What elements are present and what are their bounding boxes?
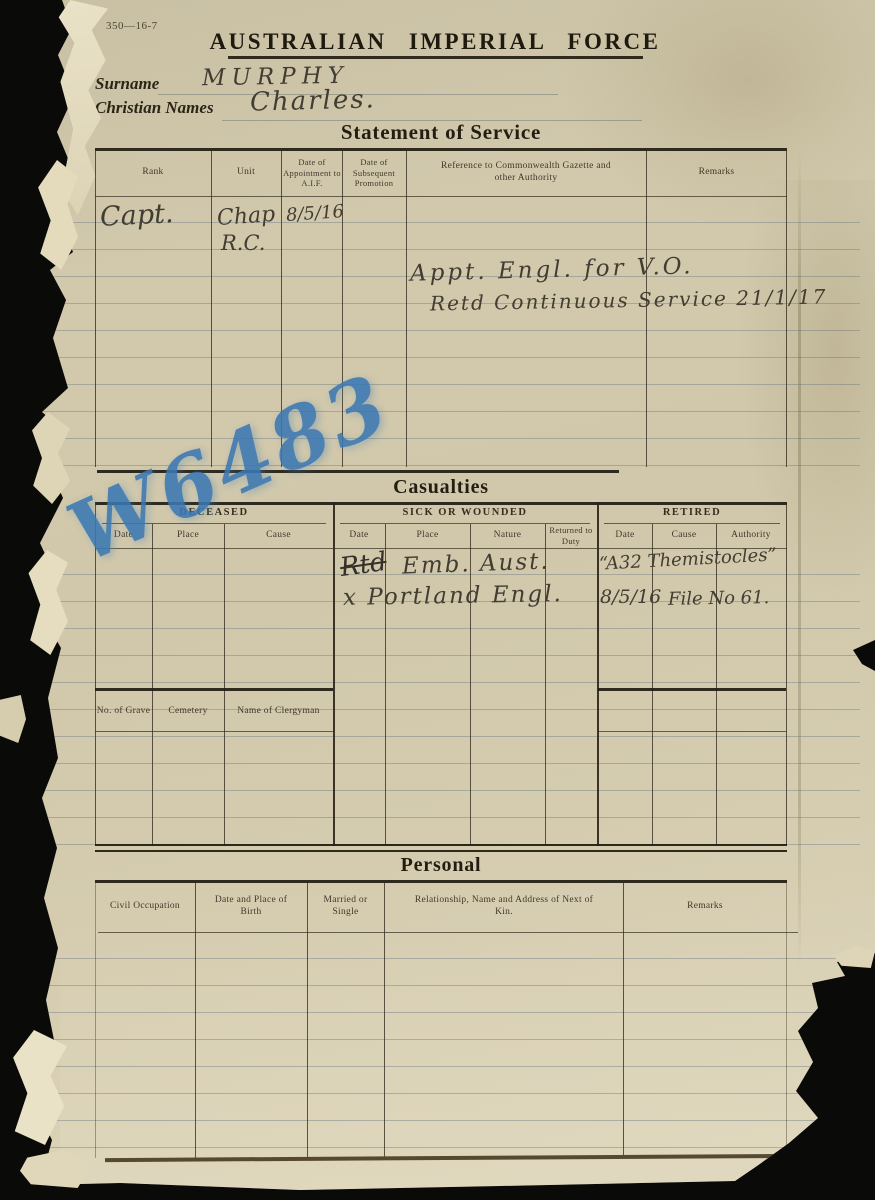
sick-col-place: Place: [386, 524, 469, 548]
casualties-col-line: [786, 502, 787, 846]
personal-col-line: [623, 880, 624, 1158]
statement-col-header-unit: Unit: [212, 150, 280, 196]
scanned-document-canvas: 350—16-7 AUSTRALIAN IMPERIAL FORCE Surna…: [0, 0, 875, 1200]
retired-col-date: Date: [599, 524, 651, 548]
entry-row1-place: Emb. Aust.: [402, 548, 551, 579]
page-title: AUSTRALIAN IMPERIAL FORCE: [200, 29, 670, 55]
retired-col-cause: Cause: [653, 524, 715, 548]
statement-header-bottom-border: [95, 196, 787, 197]
statement-col-line: [406, 148, 407, 467]
grave-col-number: No. of Grave: [96, 692, 151, 732]
paper-crease: [798, 150, 801, 970]
document-paper: 350—16-7 AUSTRALIAN IMPERIAL FORCE Surna…: [0, 0, 875, 1200]
entry-rank: Capt.: [99, 198, 174, 233]
retired-subsection-border: [598, 688, 786, 691]
casualties-bottom-border-1: [95, 844, 787, 846]
title-underline: [228, 56, 643, 59]
sick-col-nature: Nature: [471, 524, 544, 548]
personal-table-bottom-border: [105, 1154, 793, 1162]
personal-col-married: Married or Single: [312, 884, 379, 930]
statement-col-header-rank: Rank: [96, 150, 210, 196]
statement-col-header-date-promotion: Date of Subsequent Promotion: [344, 150, 404, 196]
personal-col-line: [307, 880, 308, 1158]
statement-col-header-date-appointment: Date of Appointment to A.I.F.: [283, 150, 341, 196]
casualties-bottom-border-2: [95, 850, 787, 852]
entry-unit-line2: R.C.: [221, 231, 265, 255]
entry-date-appointment: 8/5/16: [285, 201, 344, 226]
torn-flap: [0, 695, 26, 743]
personal-col-next-of-kin: Relationship, Name and Address of Next o…: [414, 884, 594, 930]
statement-col-header-remarks: Remarks: [648, 150, 785, 196]
ruled-lines-statement: [30, 196, 860, 468]
grave-subheader-bottom-border: [95, 731, 333, 732]
form-number: 350—16-7: [106, 20, 158, 32]
casualties-col-line: [652, 524, 653, 846]
sick-col-date: Date: [334, 524, 384, 548]
personal-col-remarks: Remarks: [625, 884, 785, 930]
personal-col-occupation: Civil Occupation: [96, 884, 194, 930]
entry-row2-place: x Portland Engl.: [343, 581, 563, 611]
retired-subsection-bottom-border: [598, 731, 786, 732]
casualties-group-retired: RETIRED: [598, 507, 786, 518]
ruled-lines-personal: [30, 932, 860, 1158]
personal-col-line: [384, 880, 385, 1158]
statement-col-header-gazette: Reference to Commonwealth Gazette and ot…: [430, 150, 622, 196]
personal-section-title: Personal: [95, 854, 787, 877]
grave-subheader-top-border: [95, 688, 333, 691]
surname-label: Surname: [95, 74, 159, 94]
entry-note-line1: Appt. Engl. for V.O.: [410, 253, 694, 286]
casualties-col-line: [716, 524, 717, 846]
casualties-col-line: [152, 524, 153, 846]
deceased-col-cause: Cause: [225, 524, 332, 548]
entry-unit-line1: Chap: [216, 202, 276, 231]
statement-section-title: Statement of Service: [95, 120, 787, 145]
personal-header-bottom-border: [98, 932, 798, 933]
personal-table-top-border: [95, 880, 787, 883]
casualties-group-divider: [333, 502, 335, 846]
entry-row2-authority: File No 61.: [668, 587, 770, 610]
sick-col-returned: Returned to Duty: [546, 523, 596, 549]
entry-row2-date: 8/5/16: [600, 586, 661, 608]
grave-col-cemetery: Cemetery: [153, 692, 223, 732]
personal-col-birth: Date and Place of Birth: [206, 884, 296, 930]
christian-names-value: Charles.: [250, 84, 377, 117]
christian-names-label: Christian Names: [95, 98, 214, 118]
grave-col-clergyman: Name of Clergyman: [225, 692, 332, 732]
casualties-group-sick: SICK OR WOUNDED: [333, 507, 597, 518]
personal-col-line: [195, 880, 196, 1158]
entry-note-line2: Retd Continuous Service 21/1/17: [430, 285, 828, 316]
personal-col-line: [786, 880, 787, 1158]
casualties-col-line: [224, 524, 225, 846]
entry-crossed-out: Rtd: [338, 547, 388, 583]
